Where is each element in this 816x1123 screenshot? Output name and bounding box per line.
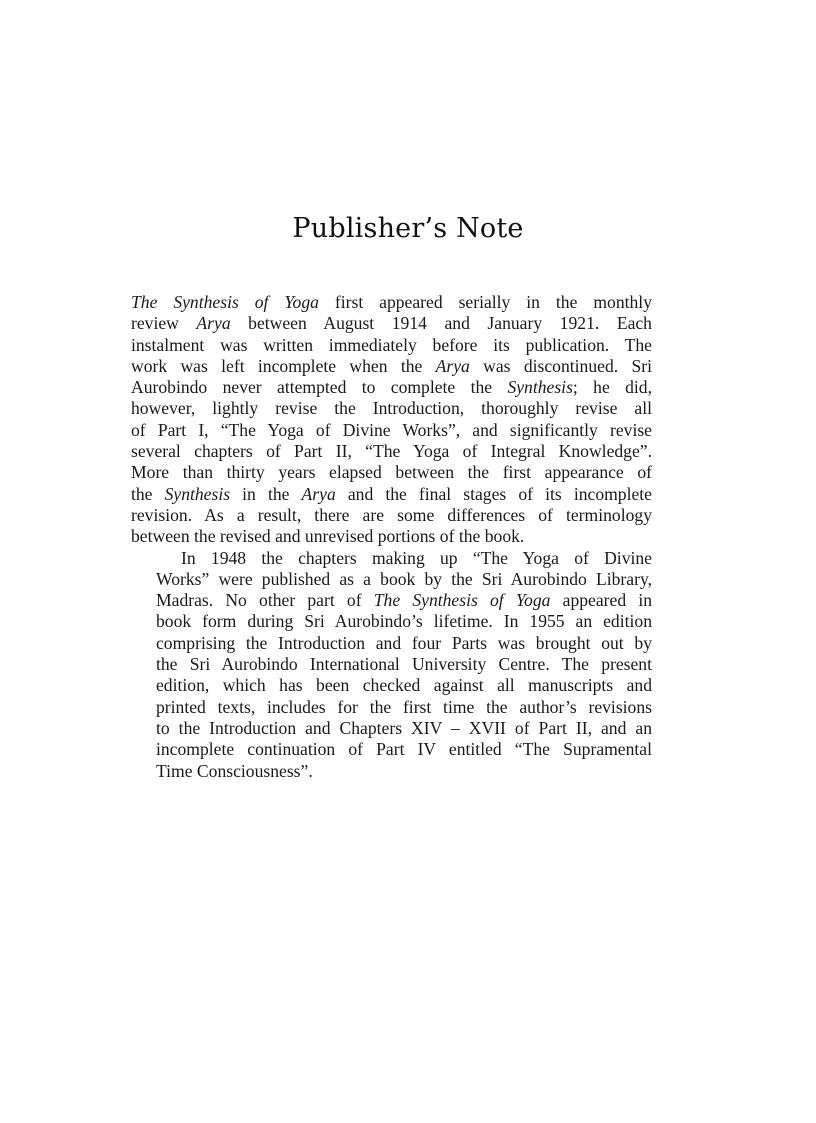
document-page: Publisher’s Note The Synthesis of Yoga f… [0,0,816,1123]
text-line: comprising the Introduction and four Par… [131,633,652,654]
text-line: several chapters of Part II, “The Yoga o… [131,441,652,462]
text-line: revision. As a result, there are some di… [131,505,652,526]
text-line: Time Consciousness”. [131,761,652,782]
text-line: of Part I, “The Yoga of Divine Works”, a… [131,420,652,441]
text-line: review Arya between August 1914 and Janu… [131,313,652,334]
text-line: Madras. No other part of The Synthesis o… [131,590,652,611]
text-line: instalment was written immediately befor… [131,335,652,356]
text-line: however, lightly revise the Introduction… [131,398,652,419]
text-line: The Synthesis of Yoga first appeared ser… [131,292,652,313]
text-line: Works” were published as a book by the S… [131,569,652,590]
text-line: the Sri Aurobindo International Universi… [131,654,652,675]
paragraph-2: In 1948 the chapters making up “The Yoga… [131,548,652,782]
paragraph-1: The Synthesis of Yoga first appeared ser… [131,292,652,548]
text-line: work was left incomplete when the Arya w… [131,356,652,377]
page-title: Publisher’s Note [0,213,816,244]
text-line: between the revised and unrevised portio… [131,526,652,547]
document-body: The Synthesis of Yoga first appeared ser… [131,292,652,782]
text-line: edition, which has been checked against … [131,675,652,696]
text-line: More than thirty years elapsed between t… [131,462,652,483]
text-line: the Synthesis in the Arya and the final … [131,484,652,505]
text-line: to the Introduction and Chapters XIV – X… [131,718,652,739]
text-line: Aurobindo never attempted to complete th… [131,377,652,398]
text-line: printed texts, includes for the first ti… [131,697,652,718]
text-line: In 1948 the chapters making up “The Yoga… [156,548,652,569]
text-line: incomplete continuation of Part IV entit… [131,739,652,760]
text-line: book form during Sri Aurobindo’s lifetim… [131,611,652,632]
